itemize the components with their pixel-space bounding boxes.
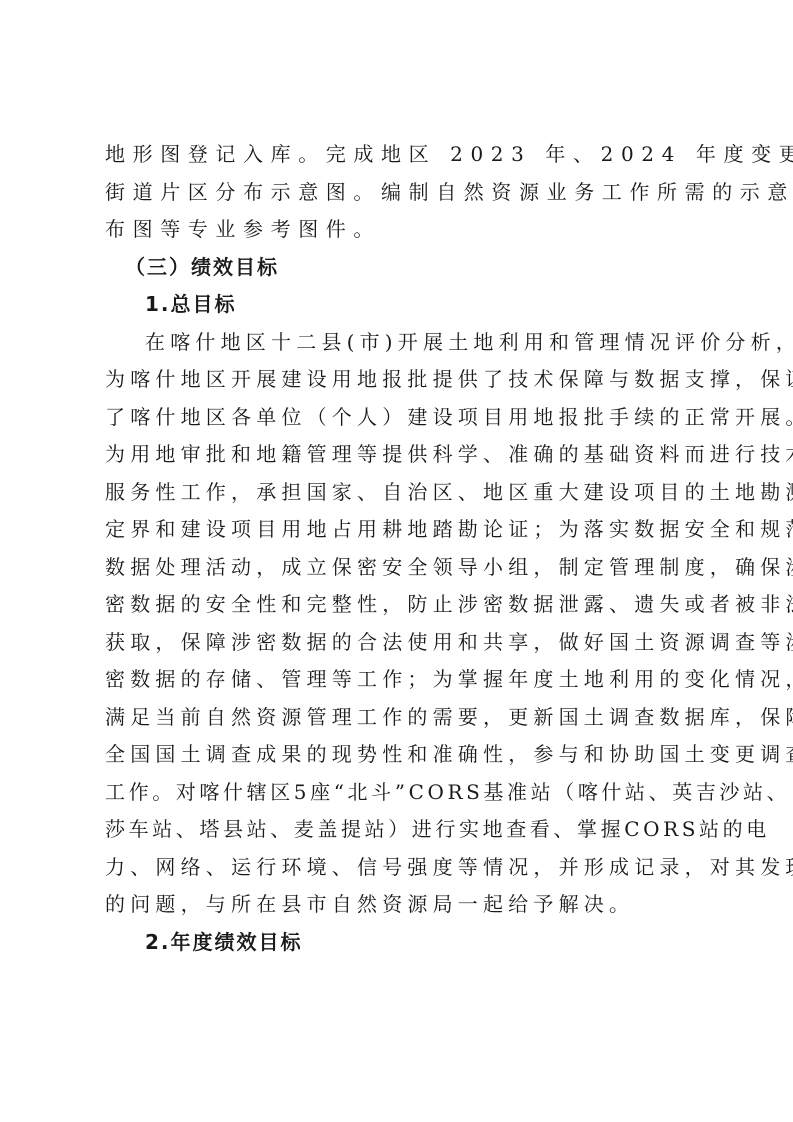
paragraph-line: 获取，保障涉密数据的合法使用和共享，做好国土资源调查等涉	[105, 624, 695, 662]
paragraph-line: 为用地审批和地籍管理等提供科学、准确的基础资料而进行技术	[105, 436, 695, 474]
paragraph-line: 服务性工作，承担国家、自治区、地区重大建设项目的土地勘测	[105, 474, 695, 512]
paragraph-line: 密数据的存储、管理等工作；为掌握年度土地利用的变化情况，	[105, 661, 695, 699]
paragraph-line: 数据处理活动，成立保密安全领导小组，制定管理制度，确保涉	[105, 549, 695, 587]
paragraph-line: 满足当前自然资源管理工作的需要，更新国土调查数据库，保障	[105, 699, 695, 737]
paragraph-line: 地形图登记入库。完成地区 2023 年、2024 年度变更，编制恰萨	[105, 136, 695, 174]
paragraph-line: 街道片区分布示意图。编制自然资源业务工作所需的示意图、分	[105, 174, 695, 212]
paragraph-line: 为喀什地区开展建设用地报批提供了技术保障与数据支撑，保证	[105, 361, 695, 399]
paragraph-line: 全国国土调查成果的现势性和准确性，参与和协助国土变更调查	[105, 736, 695, 774]
paragraph-line: 在喀什地区十二县(市)开展土地利用和管理情况评价分析，	[105, 324, 695, 362]
subsection-heading-annual-goal: 2.年度绩效目标	[105, 924, 695, 962]
paragraph-line: 布图等专业参考图件。	[105, 211, 695, 249]
document-body: 地形图登记入库。完成地区 2023 年、2024 年度变更，编制恰萨 街道片区分…	[105, 136, 695, 961]
document-page: 地形图登记入库。完成地区 2023 年、2024 年度变更，编制恰萨 街道片区分…	[0, 0, 793, 1122]
paragraph-line: 工作。对喀什辖区5座“北斗”CORS基准站（喀什站、英吉沙站、	[105, 774, 695, 812]
paragraph-line: 了喀什地区各单位（个人）建设项目用地报批手续的正常开展。	[105, 399, 695, 437]
paragraph-line: 密数据的安全性和完整性，防止涉密数据泄露、遗失或者被非法	[105, 586, 695, 624]
subsection-heading-total-goal: 1.总目标	[105, 286, 695, 324]
paragraph-line: 定界和建设项目用地占用耕地踏勘论证；为落实数据安全和规范	[105, 511, 695, 549]
paragraph-line: 的问题，与所在县市自然资源局一起给予解决。	[105, 886, 695, 924]
paragraph-line: 莎车站、塔县站、麦盖提站）进行实地查看、掌握CORS站的电	[105, 811, 695, 849]
paragraph-line: 力、网络、运行环境、信号强度等情况，并形成记录，对其发现	[105, 849, 695, 887]
section-heading: （三）绩效目标	[105, 249, 695, 287]
